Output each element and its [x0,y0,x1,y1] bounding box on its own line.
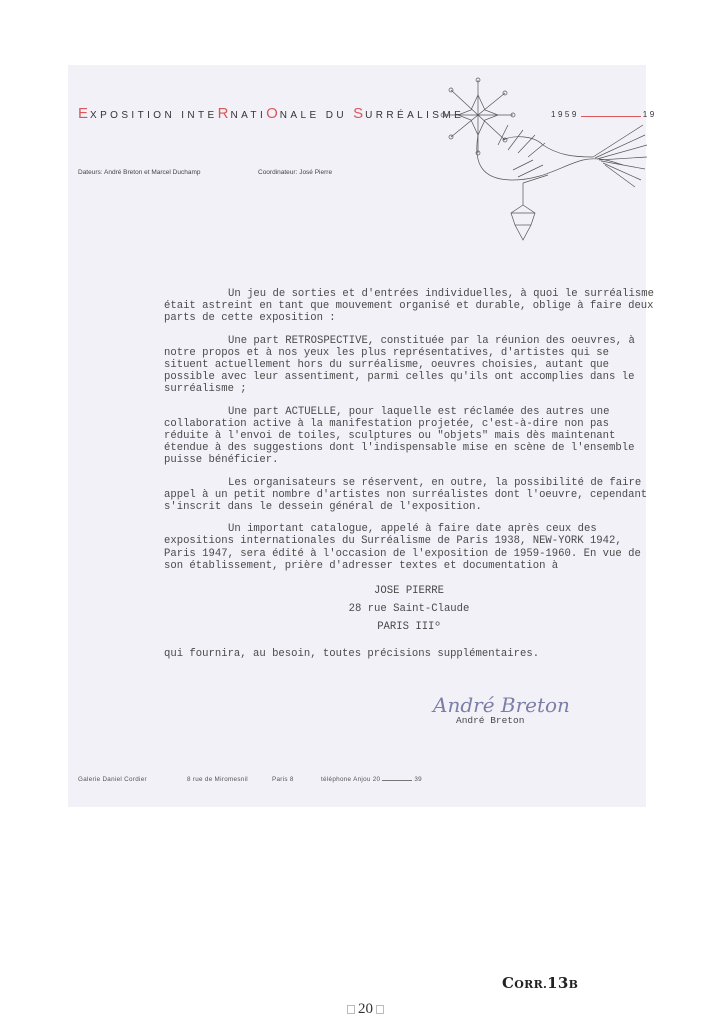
placeholder-glyph-icon [376,1005,384,1014]
address-city: PARIS IIIº [164,618,654,636]
page-number: 20 [344,1001,387,1018]
footer-gallery: Galerie Daniel Cordier [78,776,147,783]
paragraph: Un important catalogue, appelé à faire d… [164,523,654,572]
title-text: NALE DU [280,110,353,121]
address-street: 28 rue Saint-Claude [164,600,654,618]
paragraph: Les organisateurs se réservent, en outre… [164,477,654,514]
organizers-line: Dateurs: André Breton et Marcel Duchamp [78,169,200,176]
letter-body: Un jeu de sorties et d'entrées individue… [164,288,654,660]
footer-city: Paris 8 [272,776,294,783]
letter-scan: EXPOSITION INTERNATIONALE DU SURRÉALISME… [68,65,646,807]
page-number-value: 20 [358,1001,373,1017]
placeholder-glyph-icon [347,1005,355,1014]
title-accent-letter: O [266,105,280,122]
phone-prefix: téléphone Anjou 20 [321,776,380,783]
paragraph: Un jeu de sorties et d'entrées individue… [164,288,654,325]
closing-line: qui fournira, au besoin, toutes précisio… [164,648,654,660]
paragraph: Une part ACTUELLE, pour laquelle est réc… [164,406,654,467]
document-reference: CORR.13B [502,974,578,992]
paragraph: Une part RETROSPECTIVE, constituée par l… [164,335,654,396]
footer-street: 8 rue de Miromesnil [187,776,248,783]
title-text: XPOSITION INTE [90,110,218,121]
emblem-illustration-icon [423,65,648,250]
handwritten-signature: André Breton [433,693,570,717]
title-accent-letter: E [78,105,90,122]
address-block: JOSE PIERRE 28 rue Saint-Claude PARIS II… [164,582,654,636]
reference-initial: C [502,974,514,992]
title-accent-letter: R [218,105,231,122]
reference-suffix: B [569,978,579,991]
address-name: JOSE PIERRE [164,582,654,600]
reference-number: 13 [547,974,568,992]
title-text: NATI [230,110,266,121]
phone-suffix: 39 [414,776,422,783]
title-accent-letter: S [353,105,365,122]
signature-name: André Breton [456,715,524,726]
reference-smallcaps: ORR. [514,978,547,991]
letterhead-title: EXPOSITION INTERNATIONALE DU SURRÉALISME [78,105,464,122]
coordinator-line: Coordinateur: José Pierre [258,169,332,176]
footer-phone: téléphone Anjou 2039 [321,776,422,783]
